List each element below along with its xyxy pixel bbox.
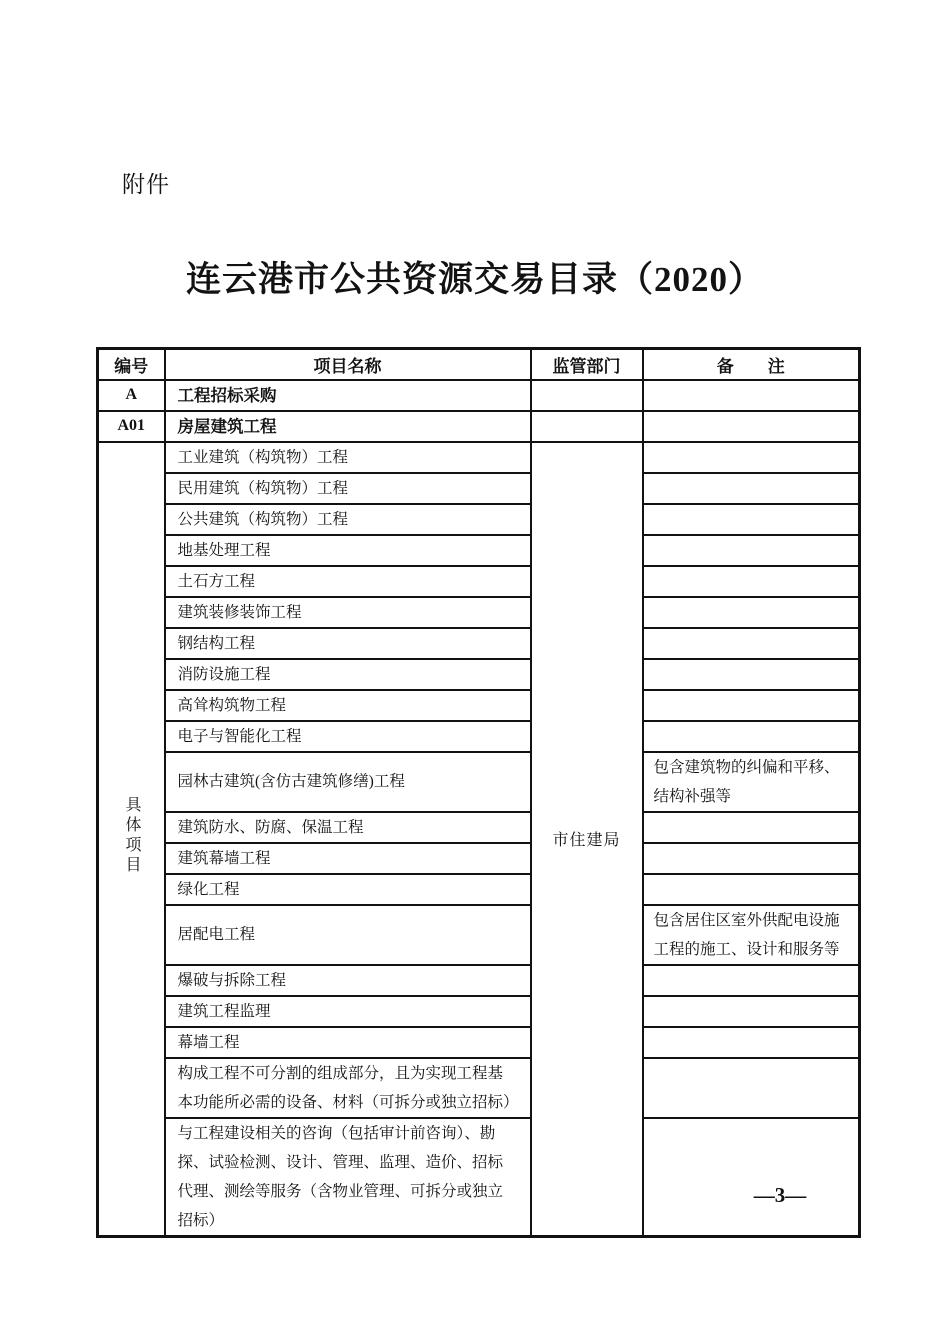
document-page: 附件 连云港市公共资源交易目录（2020） 编号 项目名称 监管部门 备 注 A…	[0, 0, 950, 1343]
table-row: 绿化工程	[98, 874, 860, 905]
section-row: A01房屋建筑工程	[98, 411, 860, 442]
table-row: 建筑防水、防腐、保温工程	[98, 812, 860, 843]
table-row: 构成工程不可分割的组成部分，且为实现工程基本功能所必需的设备、材料（可拆分或独立…	[98, 1058, 860, 1118]
item-remark	[643, 628, 860, 659]
item-remark: 包含居住区室外供配电设施工程的施工、设计和服务等	[643, 905, 860, 965]
item-remark	[643, 566, 860, 597]
table-row: 电子与智能化工程	[98, 721, 860, 752]
section-row: A工程招标采购	[98, 380, 860, 411]
header-code: 编号	[98, 349, 165, 380]
section-remark	[643, 411, 860, 442]
item-remark	[643, 659, 860, 690]
item-remark	[643, 874, 860, 905]
item-remark	[643, 1058, 860, 1118]
item-name: 建筑幕墙工程	[165, 843, 531, 874]
item-name: 构成工程不可分割的组成部分，且为实现工程基本功能所必需的设备、材料（可拆分或独立…	[165, 1058, 531, 1118]
table-row: 钢结构工程	[98, 628, 860, 659]
item-name: 建筑防水、防腐、保温工程	[165, 812, 531, 843]
table-row: 与工程建设相关的咨询（包括审计前咨询）、勘探、试验检测、设计、管理、监理、造价、…	[98, 1118, 860, 1237]
catalog-table-head: 编号 项目名称 监管部门 备 注	[98, 349, 860, 380]
attachment-label: 附件	[122, 166, 170, 199]
table-row: 公共建筑（构筑物）工程	[98, 504, 860, 535]
table-row: 建筑装修装饰工程	[98, 597, 860, 628]
table-row: 消防设施工程	[98, 659, 860, 690]
group-label-cell: 具体项目	[98, 442, 165, 1237]
table-row: 爆破与拆除工程	[98, 965, 860, 996]
item-name: 土石方工程	[165, 566, 531, 597]
header-supervisor: 监管部门	[531, 349, 643, 380]
item-name: 高耸构筑物工程	[165, 690, 531, 721]
table-row: 具体项目工业建筑（构筑物）工程市住建局	[98, 442, 860, 473]
section-code: A01	[98, 411, 165, 442]
header-remark: 备 注	[643, 349, 860, 380]
item-remark	[643, 1027, 860, 1058]
section-remark	[643, 380, 860, 411]
catalog-table-body: A工程招标采购A01房屋建筑工程具体项目工业建筑（构筑物）工程市住建局民用建筑（…	[98, 380, 860, 1237]
item-remark	[643, 721, 860, 752]
section-supervisor	[531, 411, 643, 442]
item-name: 绿化工程	[165, 874, 531, 905]
item-name: 建筑工程监理	[165, 996, 531, 1027]
item-remark	[643, 473, 860, 504]
item-name: 电子与智能化工程	[165, 721, 531, 752]
section-code: A	[98, 380, 165, 411]
item-remark	[643, 843, 860, 874]
item-remark	[643, 965, 860, 996]
supervisor-cell: 市住建局	[531, 442, 643, 1237]
item-remark	[643, 690, 860, 721]
item-name: 幕墙工程	[165, 1027, 531, 1058]
item-name: 公共建筑（构筑物）工程	[165, 504, 531, 535]
table-row: 园林古建筑(含仿古建筑修缮)工程包含建筑物的纠偏和平移、结构补强等	[98, 752, 860, 812]
item-remark	[643, 597, 860, 628]
item-remark	[643, 442, 860, 473]
item-name: 园林古建筑(含仿古建筑修缮)工程	[165, 752, 531, 812]
item-remark	[643, 996, 860, 1027]
page-title: 连云港市公共资源交易目录（2020）	[0, 252, 950, 302]
section-name: 工程招标采购	[165, 380, 531, 411]
item-name: 与工程建设相关的咨询（包括审计前咨询）、勘探、试验检测、设计、管理、监理、造价、…	[165, 1118, 531, 1237]
page-number: —3—	[740, 1183, 820, 1208]
item-name: 居配电工程	[165, 905, 531, 965]
item-name: 建筑装修装饰工程	[165, 597, 531, 628]
table-row: 土石方工程	[98, 566, 860, 597]
item-name: 消防设施工程	[165, 659, 531, 690]
table-row: 建筑工程监理	[98, 996, 860, 1027]
section-supervisor	[531, 380, 643, 411]
table-row: 高耸构筑物工程	[98, 690, 860, 721]
header-name: 项目名称	[165, 349, 531, 380]
item-remark: 包含建筑物的纠偏和平移、结构补强等	[643, 752, 860, 812]
table-row: 建筑幕墙工程	[98, 843, 860, 874]
item-remark	[643, 535, 860, 566]
item-remark	[643, 1118, 860, 1237]
catalog-table: 编号 项目名称 监管部门 备 注 A工程招标采购A01房屋建筑工程具体项目工业建…	[96, 347, 861, 1238]
section-name: 房屋建筑工程	[165, 411, 531, 442]
item-name: 工业建筑（构筑物）工程	[165, 442, 531, 473]
header-row: 编号 项目名称 监管部门 备 注	[98, 349, 860, 380]
item-remark	[643, 504, 860, 535]
table-row: 民用建筑（构筑物）工程	[98, 473, 860, 504]
item-name: 地基处理工程	[165, 535, 531, 566]
item-name: 爆破与拆除工程	[165, 965, 531, 996]
table-row: 幕墙工程	[98, 1027, 860, 1058]
table-row: 地基处理工程	[98, 535, 860, 566]
item-name: 钢结构工程	[165, 628, 531, 659]
item-name: 民用建筑（构筑物）工程	[165, 473, 531, 504]
table-row: 居配电工程包含居住区室外供配电设施工程的施工、设计和服务等	[98, 905, 860, 965]
item-remark	[643, 812, 860, 843]
group-label: 具体项目	[122, 796, 140, 876]
